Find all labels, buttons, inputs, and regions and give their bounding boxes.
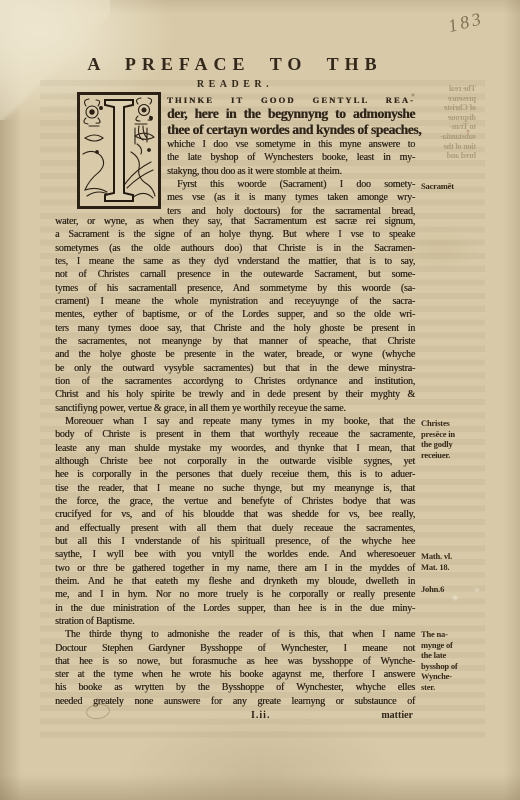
text-line: me, and I in hym. Nor no more truely is … [55,588,415,601]
bleedthrough-line: tion of the [422,142,476,152]
text-line: The thirde thyng to admonishe the reader… [55,628,415,641]
text-line: sometymes (as the olde authours doo) tha… [55,242,415,255]
text-line: crucifyed for vs, and of his bloudde tha… [55,508,415,521]
margin-note-line: Sacramēt [421,181,477,192]
margin-note-matthew-citation: Math. vl.Mat. 18. [421,551,477,572]
margin-note-line: ster. [421,682,477,693]
text-line: saythe, I wyll bee with you vntyll the w… [55,548,415,561]
text-line: a Sacrament is the signe of an holye thy… [55,228,415,241]
margin-note-line: the godly [421,439,477,450]
text-line: theim. And he that eateth my fleshe and … [55,575,415,588]
text-line: tion of the sacramentes accordyng to Chr… [55,375,415,388]
margin-note-sacrament: Sacramēt [421,181,477,192]
page-subtitle: READER. [55,79,415,90]
text-line: thee of certayn wordes and kyndes of spe… [167,122,415,138]
text-line: sanctifiyng power, vertue & grace, in al… [55,402,415,415]
text-line: and effectually present with all them th… [55,522,415,535]
text-line: mes vse (as it is many tymes taken among… [167,191,415,204]
text-line: stakyng, thou doo as it were stomble at … [167,165,415,178]
text-line: water, or wyne, as when they say, that S… [55,215,415,228]
margin-note-christes-presence: Christespresēce inthe godlyreceiuer. [421,418,477,460]
decorative-initial-woodcut-letter-I [77,92,161,209]
ink-bleedthrough-text: The realpresenceof Christedisproueto Tra… [422,84,476,161]
text-line: der, here in the begynnyng to admonyshe [167,106,415,122]
margin-note-line: John.6 [421,584,477,595]
text-line: mentes, eyther of baptisme, or of the Lo… [55,308,415,321]
text-line: body of Christe is present in them that … [55,428,415,441]
text-line: the sacramentes, not meanynge by that ma… [55,335,415,348]
text-line: tise the reader, that I meane no suche t… [55,482,415,495]
text-line: stration of Baptisme. [55,615,415,628]
margin-note-line: bysshop of [421,661,477,672]
main-body-text: water, or wyne, as when they say, that S… [55,215,415,708]
bleedthrough-line: to Tran- [422,122,476,132]
bleedthrough-line: presence [422,94,476,104]
text-line: needed greately none aunswere for any gr… [55,695,415,708]
margin-note-line: Mat. 18. [421,562,477,573]
text-line: Fyrst this woorde (Sacrament) I doo some… [167,178,415,191]
text-line: his booke as wrytten by the Bysshoppe of… [55,681,415,694]
text-line: two or thre be gathered together in my n… [55,562,415,575]
bleedthrough-line: substantia- [422,132,476,142]
margin-note-line: Wynche- [421,671,477,682]
catchword: mattier [381,710,413,721]
text-line: in the due ministration of the Lordes su… [55,602,415,615]
bleedthrough-line: of Christe [422,103,476,113]
margin-note-line: The na- [421,629,477,640]
text-line: hee is corporally in the persones that d… [55,468,415,481]
text-line: Doctour Stephen Gardyner Bysshoppe of Wy… [55,642,415,655]
margin-note-line: the late [421,650,477,661]
opening-paragraph-text: THINKE IT GOOD GENTYLL REA-der, here in … [167,94,415,218]
margin-note-line: Christes [421,418,477,429]
margin-note-john-citation: John.6 [421,584,477,595]
text-line: and the holye ghoste be presente in the … [55,348,415,361]
text-line: the late byshop of Wynchesters booke, le… [167,151,415,164]
text-line: ters many tymes dooe say, that Christe a… [55,322,415,335]
margin-note-naming-of-bishop: The na-mynge ofthe latebysshop ofWynche-… [421,629,477,693]
text-line: leaste any man shulde mystake my woordes… [55,442,415,455]
text-line: be only the outward vysyble sacramentes)… [55,362,415,375]
handwritten-folio-number: 183 [446,8,486,37]
margin-note-line: mynge of [421,640,477,651]
page-title: A PREFACE TO THB [55,54,415,75]
text-line: Christ and his holy spirite be trewly an… [55,388,415,401]
text-line: ster at the tyme when he wrote his booke… [55,668,415,681]
scanned-book-page: 183 The realpresenceof Christedisproueto… [0,0,520,800]
margin-note-line: presēce in [421,429,477,440]
text-line: that hee is so nowe, but forasmuche as h… [55,655,415,668]
text-line: the force, the grace, the vertue and ben… [55,495,415,508]
text-line: THINKE IT GOOD GENTYLL REA- [167,94,415,106]
bleedthrough-line: disproue [422,113,476,123]
text-line: crament) I meane the whole mynistration … [55,295,415,308]
bleedthrough-line: The real [422,84,476,94]
text-line: although Christe bee not corporally in t… [55,455,415,468]
text-line: tymes of his sacramentall presence, And … [55,282,415,295]
margin-note-line: Math. vl. [421,551,477,562]
bleedthrough-line: bred and [422,151,476,161]
text-line: whiche I doo vse sometyme in this myne a… [167,138,415,151]
gathering-signature: I.ii. [251,710,270,721]
margin-note-line: receiuer. [421,450,477,461]
text-line: not of Christes carnall presence in the … [55,268,415,281]
text-line: Moreouer whan I say and repeate many tym… [55,415,415,428]
text-line: but all this I vnderstande of his spirit… [55,535,415,548]
text-line: tes, I meane the same as they dyd vnders… [55,255,415,268]
